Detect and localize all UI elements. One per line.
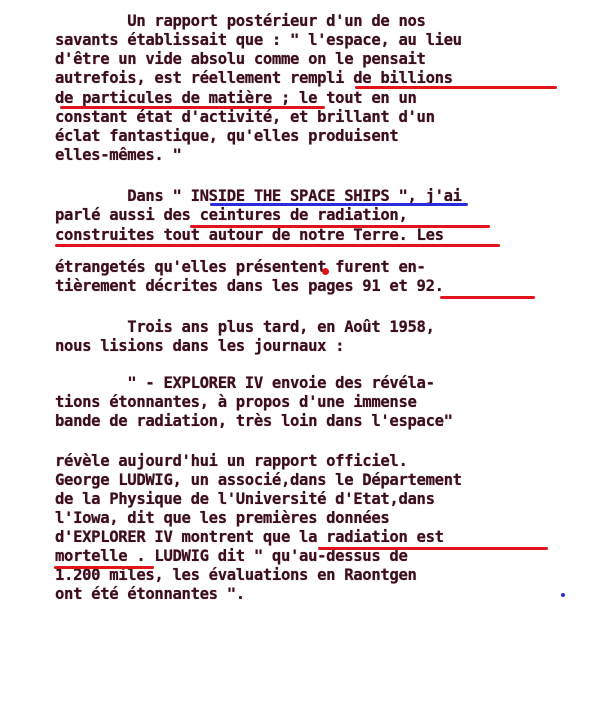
text-line: de particules de matière ; le tout en un <box>55 89 417 107</box>
text-line: étrangetés qu'elles présentent furent en… <box>55 258 426 276</box>
text-line: constant état d'activité, et brillant d'… <box>55 108 435 126</box>
text-line: " - EXPLORER IV envoie des révéla- <box>55 374 435 392</box>
blue-dot-mark <box>561 593 565 597</box>
red-underline <box>55 244 500 247</box>
text-line: d'EXPLORER IV montrent que la radiation … <box>55 528 444 546</box>
text-line: tièrement décrites dans les pages 91 et … <box>55 277 444 295</box>
typewritten-page: Un rapport postérieur d'un de nos savant… <box>0 0 600 727</box>
text-line: Un rapport postérieur d'un de nos <box>55 12 426 30</box>
red-underline <box>60 106 325 109</box>
red-underline <box>355 86 557 89</box>
blue-underline <box>210 203 468 206</box>
text-line: elles-mêmes. " <box>55 146 182 164</box>
text-line: bande de radiation, très loin dans l'esp… <box>55 412 453 430</box>
red-underline <box>440 296 535 299</box>
text-line: révèle aujourd'hui un rapport officiel. <box>55 452 408 470</box>
text-line: George LUDWIG, un associé,dans le Départ… <box>55 471 462 489</box>
red-underline <box>318 547 548 550</box>
text-line: de la Physique de l'Université d'Etat,da… <box>55 490 435 508</box>
red-underline <box>190 225 490 228</box>
text-line: savants établissait que : " l'espace, au… <box>55 31 462 49</box>
text-line: autrefois, est réellement rempli de bill… <box>55 69 453 87</box>
text-line: Trois ans plus tard, en Août 1958, <box>55 318 435 336</box>
text-line: éclat fantastique, qu'elles produisent <box>55 127 398 145</box>
text-line: nous lisions dans les journaux : <box>55 337 344 355</box>
red-underline <box>54 566 154 569</box>
text-line: l'Iowa, dit que les premières données <box>55 509 389 527</box>
text-line: ont été étonnantes ". <box>55 585 245 603</box>
text-line: construites tout autour de notre Terre. … <box>55 226 444 244</box>
red-dot-mark <box>322 268 329 275</box>
text-line: d'être un vide absolu comme on le pensai… <box>55 50 426 68</box>
text-line: parlé aussi des ceintures de radiation, <box>55 206 408 224</box>
text-line: tions étonnantes, à propos d'une immense <box>55 393 417 411</box>
